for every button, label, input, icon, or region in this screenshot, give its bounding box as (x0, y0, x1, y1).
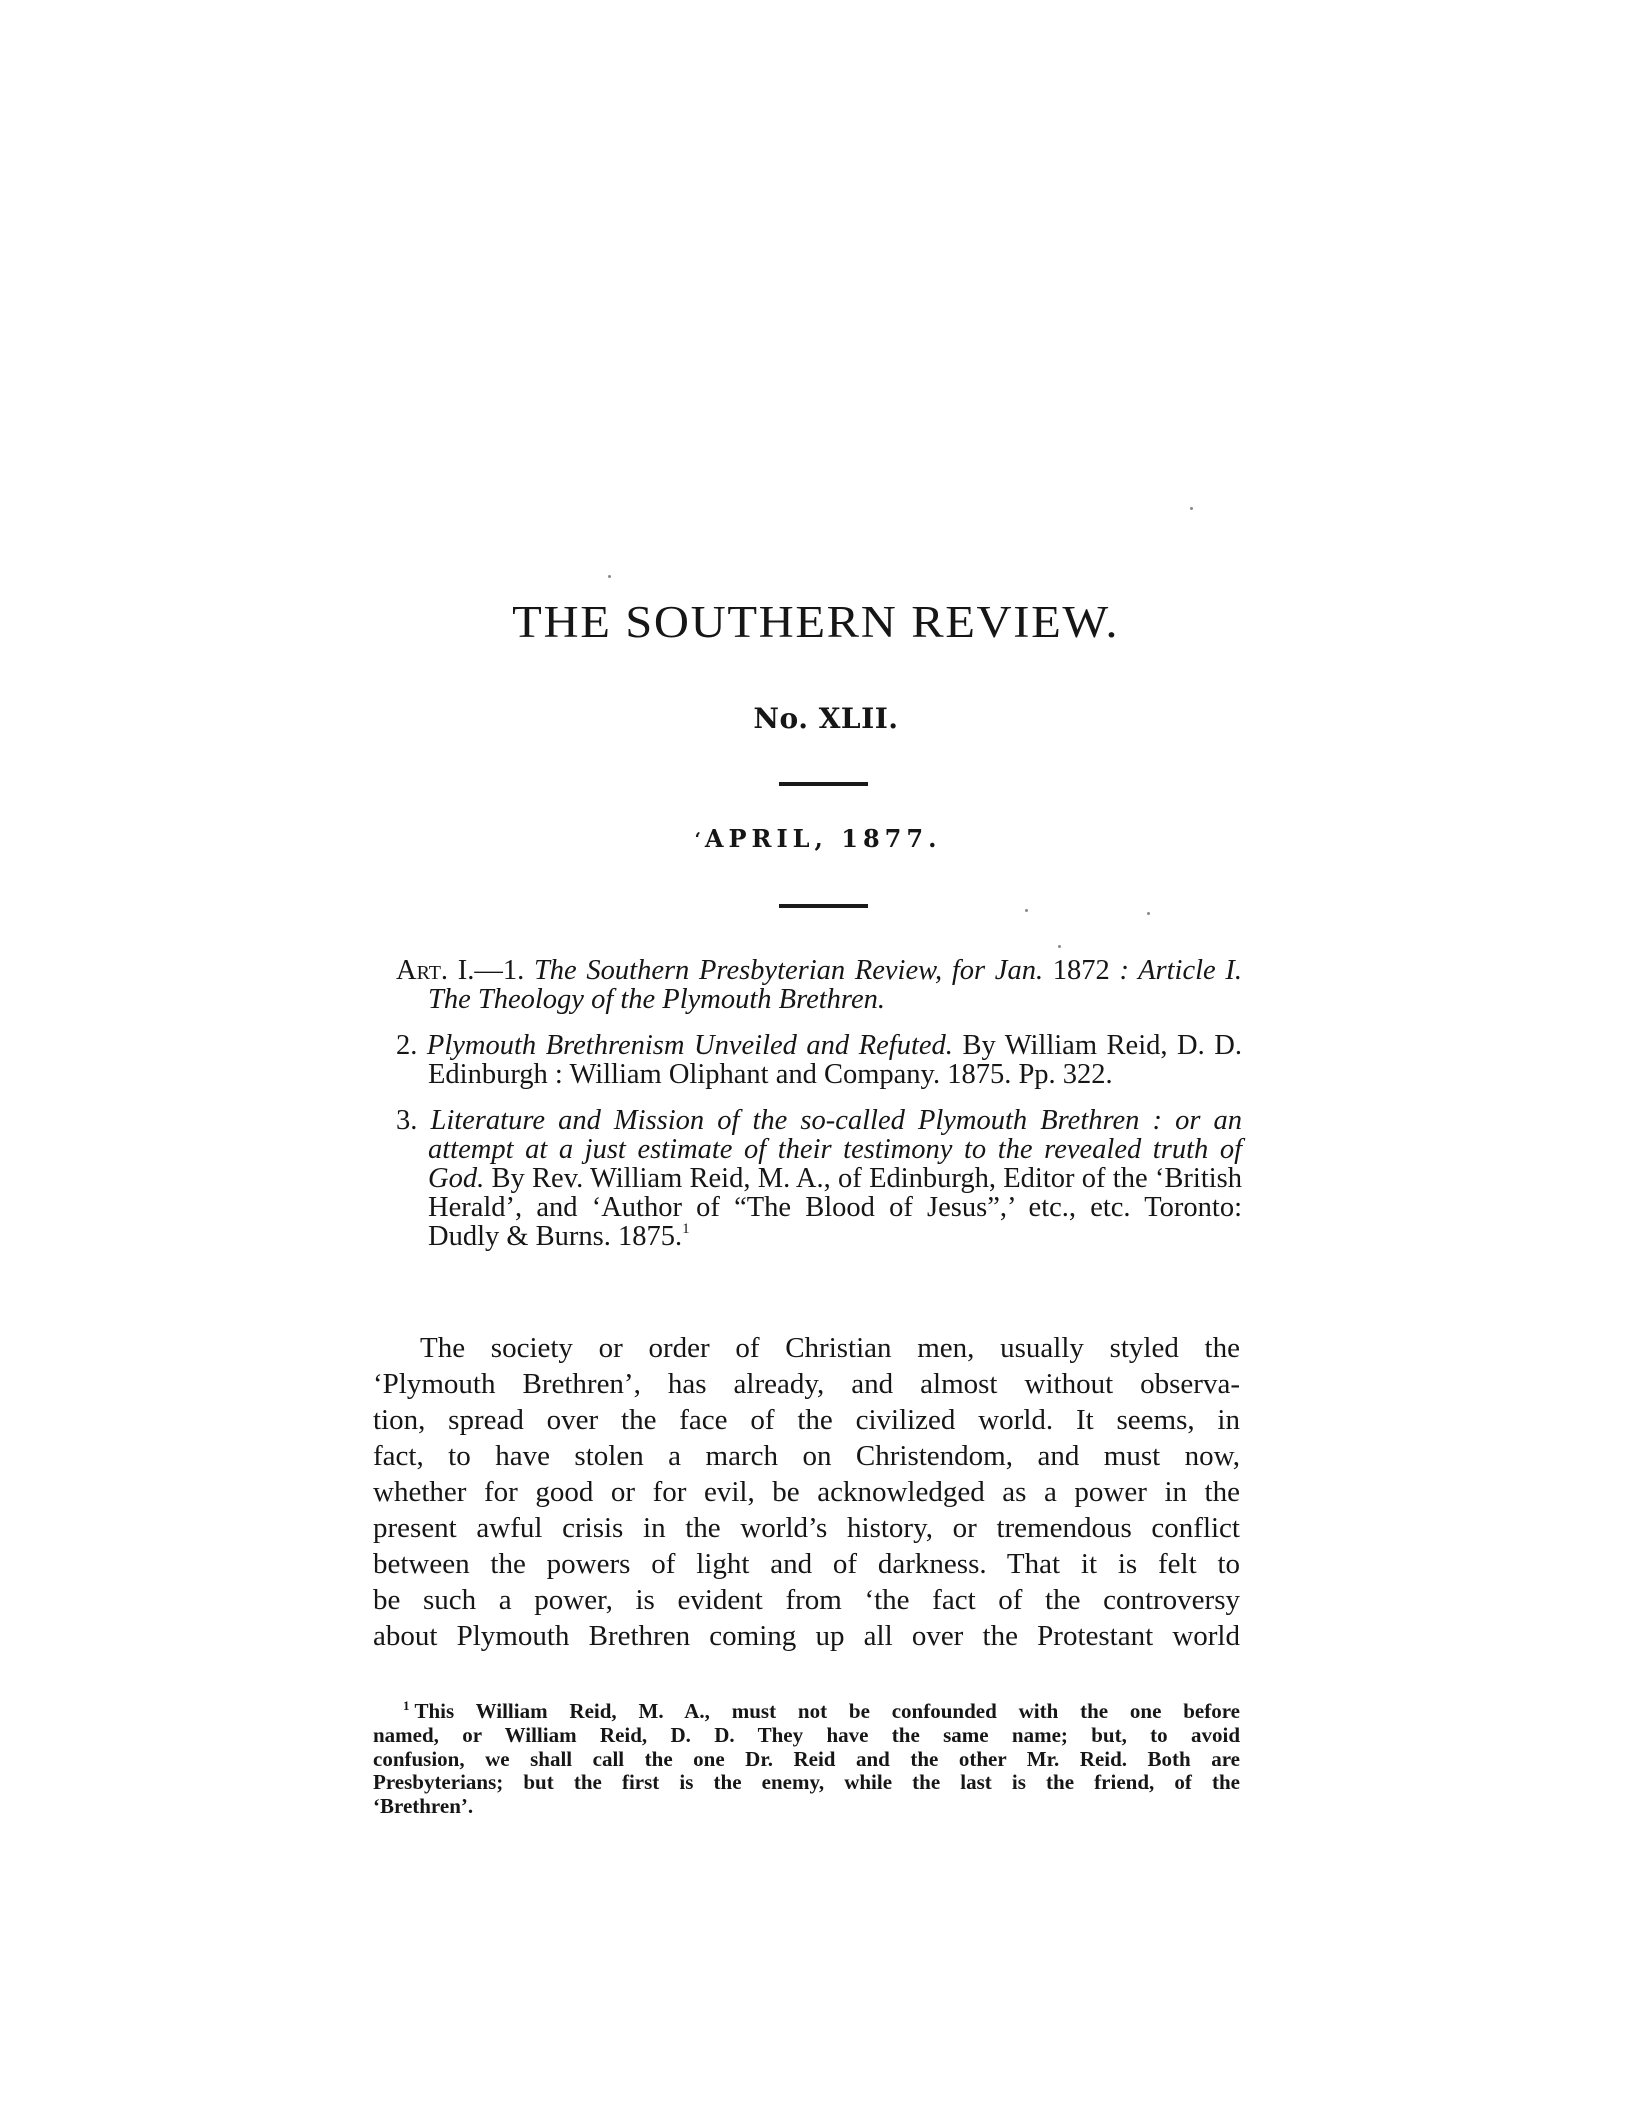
body-line: about Plymouth Brethren coming up all ov… (373, 1618, 1240, 1654)
reference-number: 2. (396, 1030, 427, 1061)
issue-date: APRIL, 1877. (705, 824, 942, 853)
footnote-line: 1This William Reid, M. A., must not be c… (373, 1700, 1240, 1724)
reviewed-works-list: Art. I.—1. The Southern Presbyterian Rev… (396, 956, 1242, 1268)
footnote-line: ‘Brethren’. (373, 1795, 1240, 1819)
body-line: be such a power, is evident from ‘the fa… (373, 1582, 1240, 1618)
journal-title: THE SOUTHERN REVIEW. (0, 596, 1632, 648)
scan-speck (1025, 909, 1028, 912)
footnote-line: confusion, we shall call the one Dr. Rei… (373, 1748, 1240, 1772)
reference-year: 1872 (1053, 955, 1110, 986)
footnote-line: Presbyterians; but the first is the enem… (373, 1771, 1240, 1795)
scan-speck (1058, 945, 1061, 948)
footnote-marker: 1 (403, 1698, 410, 1713)
body-line: between the powers of light and of darkn… (373, 1546, 1240, 1582)
reference-details: By Rev. William Reid, M. A., of Edinburg… (428, 1163, 1242, 1252)
footnote: 1This William Reid, M. A., must not be c… (373, 1700, 1240, 1819)
body-line: whether for good or for evil, be acknowl… (373, 1474, 1240, 1510)
document-page: THE SOUTHERN REVIEW. No. XLII. ‘APRIL, 1… (0, 0, 1632, 2112)
body-line: fact, to have stolen a march on Christen… (373, 1438, 1240, 1474)
scan-speck (1190, 507, 1193, 510)
reference-item: Art. I.—1. The Southern Presbyterian Rev… (396, 956, 1242, 1014)
footnote-reference: 1 (682, 1221, 690, 1237)
body-line: The society or order of Christian men, u… (373, 1330, 1240, 1366)
scan-speck (608, 575, 611, 578)
body-line: ‘Plymouth Brethren’, has already, and al… (373, 1366, 1240, 1402)
stray-mark: ‘ (695, 829, 701, 850)
reference-title: The Southern Presbyterian Review, for Ja… (534, 955, 1053, 986)
body-line: present awful crisis in the world’s hist… (373, 1510, 1240, 1546)
reference-item: 3. Literature and Mission of the so-call… (396, 1106, 1242, 1251)
divider-rule (779, 782, 868, 786)
reference-number: I.—1. (448, 955, 534, 986)
body-line: tion, spread over the face of the civili… (373, 1402, 1240, 1438)
divider-rule (779, 904, 868, 908)
reference-item: 2. Plymouth Brethrenism Unveiled and Ref… (396, 1031, 1242, 1089)
scan-speck (1147, 912, 1150, 915)
footnote-line: named, or William Reid, D. D. They have … (373, 1724, 1240, 1748)
issue-number: No. XLII. (0, 702, 1632, 736)
footnote-text: This William Reid, M. A., must not be co… (415, 1699, 1241, 1723)
body-paragraph: The society or order of Christian men, u… (373, 1330, 1240, 1654)
reference-number: 3. (396, 1105, 430, 1136)
article-label-prefix: Art. (396, 955, 448, 986)
reference-title: Plymouth Brethrenism Unveiled and Refute… (427, 1030, 953, 1061)
issue-date-line: ‘APRIL, 1877. (0, 822, 1632, 857)
